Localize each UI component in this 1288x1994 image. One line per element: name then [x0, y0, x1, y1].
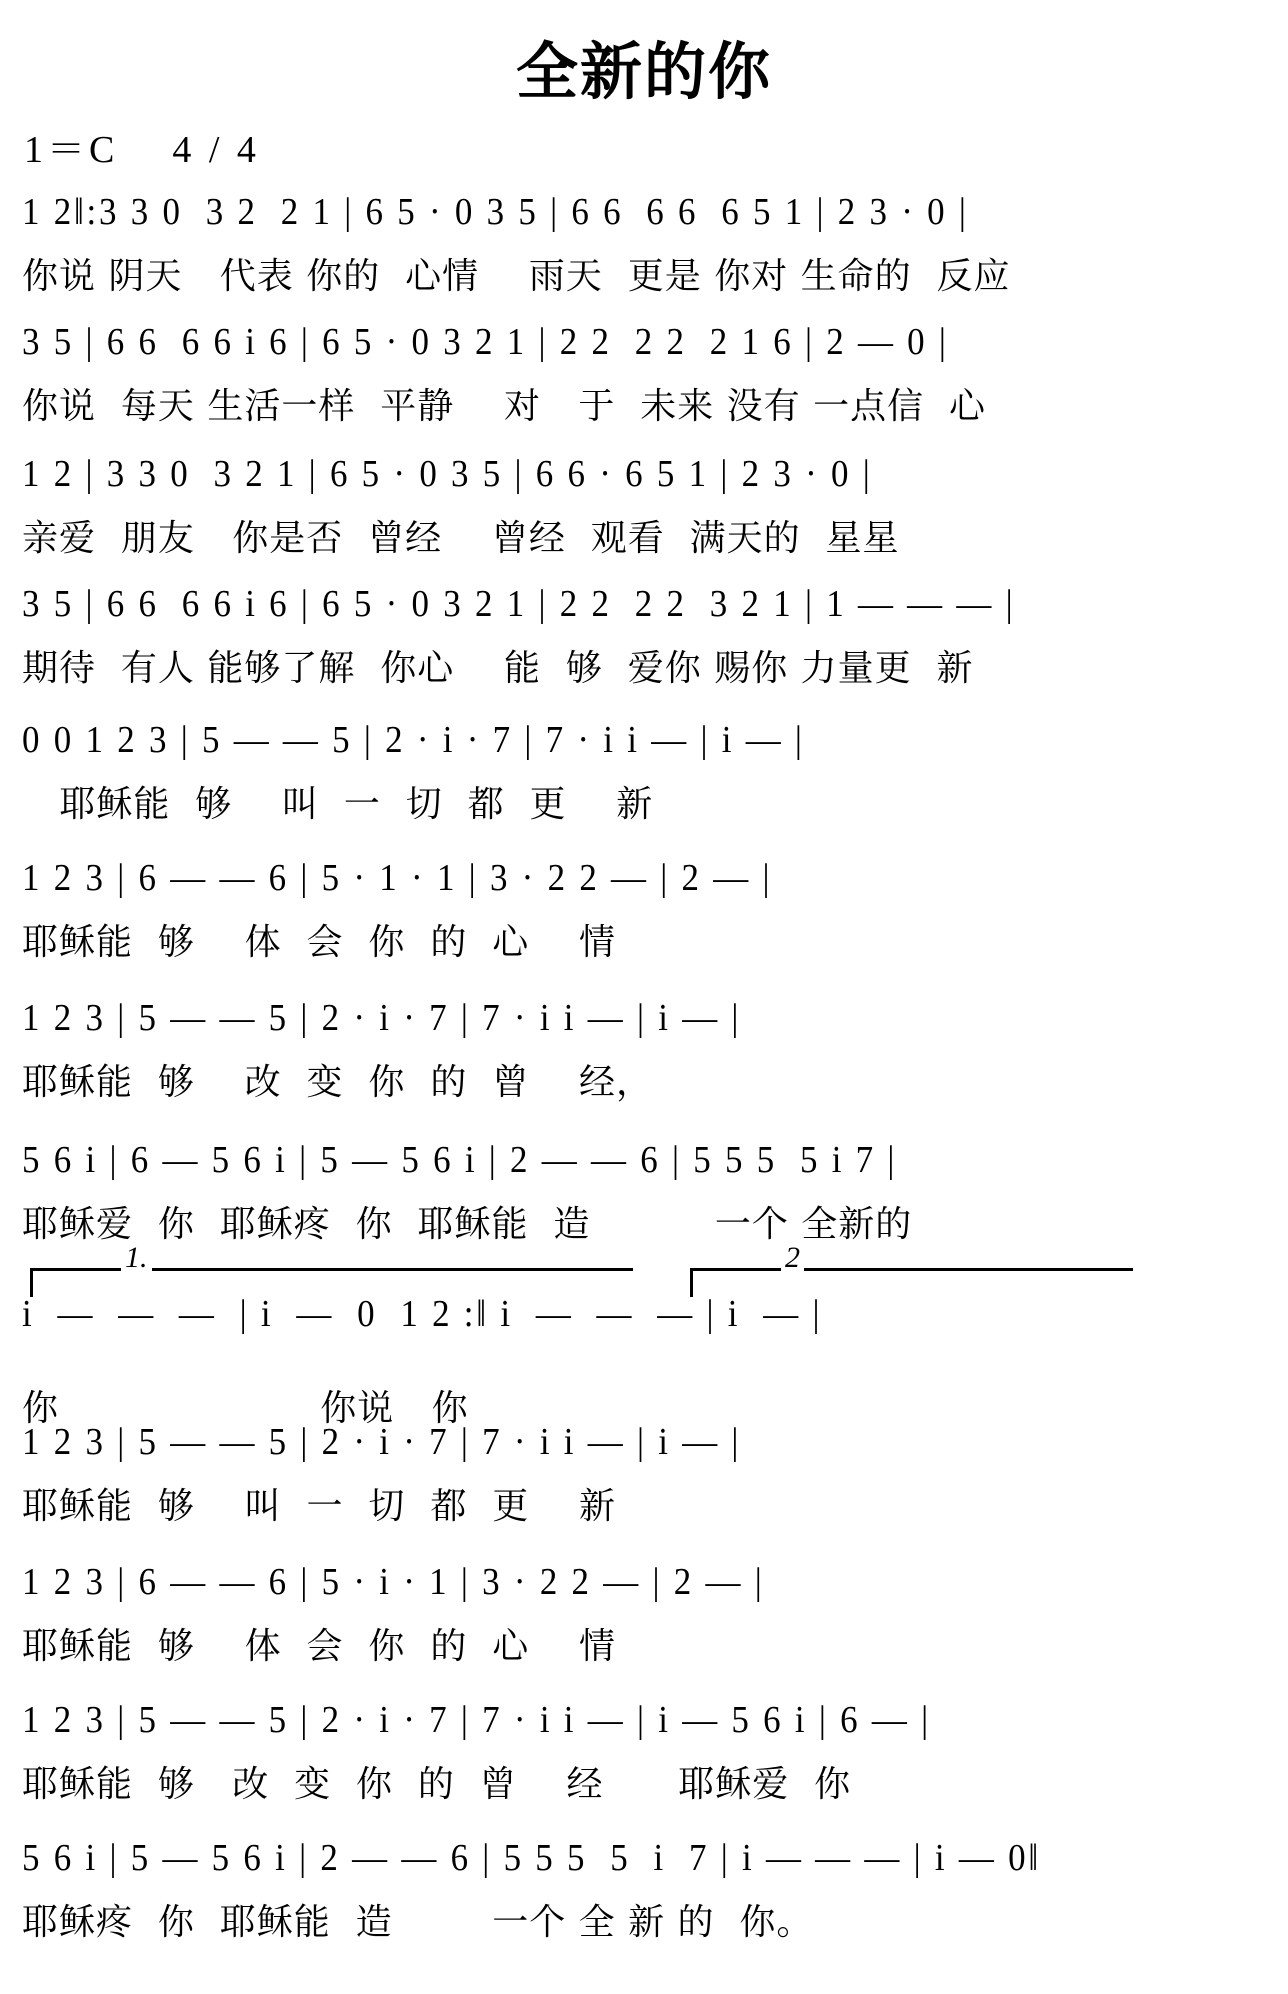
notation-line: 1 2 3 | 6 — — 6 | 5 · i · 1 | 3 · 2 2 — …	[22, 1560, 764, 1604]
notation-line: 1 2 3 | 6 — — 6 | 5 · 1 · 1 | 3 · 2 2 — …	[22, 856, 772, 900]
key-time-signature: 1＝C 4 / 4	[24, 118, 260, 173]
lyrics-line: 亲爱 朋友 你是否 曾经 曾经 观看 满天的 星星	[22, 510, 900, 561]
lyrics-line: 你说 阴天 代表 你的 心情 雨天 更是 你对 生命的 反应	[22, 248, 1011, 299]
lyrics-line: 耶稣能 够 改 变 你 的 曾 经，	[22, 1054, 653, 1105]
lyrics-line: 耶稣能 够 改 变 你 的 曾 经 耶稣爱 你	[22, 1756, 851, 1807]
lyrics-line: 耶稣能 够 体 会 你 的 心 情	[22, 914, 616, 965]
notation-line: 5 6 i | 6 — 5 6 i | 5 — 5 6 i | 2 — — 6 …	[22, 1138, 897, 1182]
lyrics-line: 期待 有人 能够了解 你心 能 够 爱你 赐你 力量更 新	[22, 640, 974, 691]
lyrics-line: 耶稣能 够 叫 一 切 都 更 新	[22, 1478, 616, 1529]
notation-line: 1 2 3 | 5 — — 5 | 2 · i · 7 | 7 · i i — …	[22, 996, 741, 1040]
lyrics-line: 耶稣疼 你 耶稣能 造 一个 全 新 的 你。	[22, 1894, 813, 1945]
notation-line: 3 5 | 6 6 6 6 i 6 | 6 5 · 0 3 2 1 | 2 2 …	[22, 582, 1015, 626]
notation-line: i — — — | i — 0 1 2 :‖ i — — — | i — |	[22, 1292, 822, 1336]
lyrics-line: 耶稣能 够 叫 一 切 都 更 新	[22, 776, 653, 827]
notation-line: 5 6 i | 5 — 5 6 i | 2 — — 6 | 5 5 5 5 i …	[22, 1836, 1041, 1880]
notation-line: 3 5 | 6 6 6 6 i 6 | 6 5 · 0 3 2 1 | 2 2 …	[22, 320, 949, 364]
lyrics-line: 你说 每天 生活一样 平静 对 于 未来 没有 一点信 心	[22, 378, 986, 429]
song-title: 全新的你	[0, 22, 1288, 111]
time-signature: 4 / 4	[172, 129, 260, 171]
notation-line: 0 0 1 2 3 | 5 — — 5 | 2 · i · 7 | 7 · i …	[22, 718, 805, 762]
notation-line: 1 2‖:3 3 0 3 2 2 1 | 6 5 · 0 3 5 | 6 6 6…	[22, 190, 969, 234]
notation-line: 1 2 3 | 5 — — 5 | 2 · i · 7 | 7 · i i — …	[22, 1698, 931, 1742]
volta-second-ending: 2	[690, 1268, 1133, 1297]
volta-first-ending: 1.	[30, 1268, 633, 1297]
notation-line: 1 2 | 3 3 0 3 2 1 | 6 5 · 0 3 5 | 6 6 · …	[22, 452, 873, 496]
lyrics-line: 耶稣能 够 体 会 你 的 心 情	[22, 1618, 616, 1669]
notation-line: 1 2 3 | 5 — — 5 | 2 · i · 7 | 7 · i i — …	[22, 1420, 741, 1464]
lyrics-line: 耶稣爱 你 耶稣疼 你 耶稣能 造 一个 全新的	[22, 1196, 912, 1247]
key-signature: 1＝C	[24, 129, 118, 171]
